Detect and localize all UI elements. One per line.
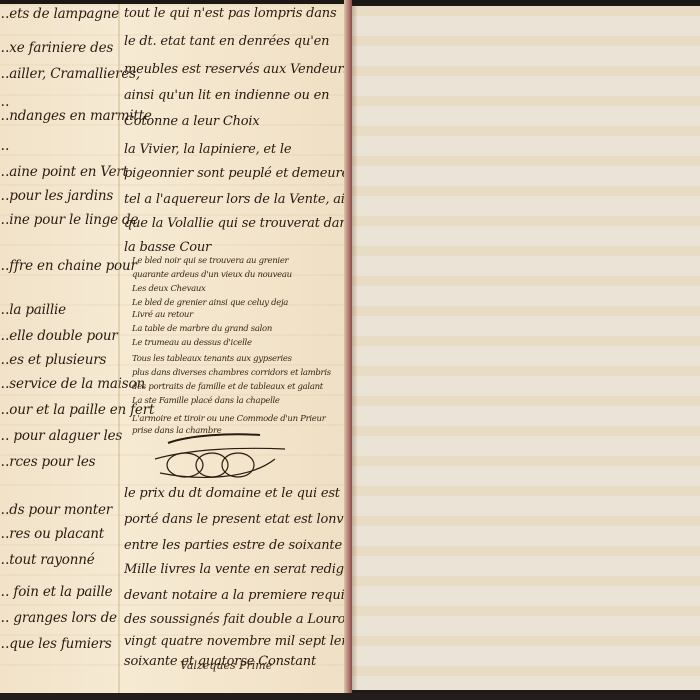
text-line: …pour les jardins xyxy=(0,188,113,204)
insertion-line: Livré au retour xyxy=(132,310,193,320)
insertion-line: Le bled noir qui se trouvera au grenier xyxy=(132,256,288,266)
text-line: … foin et la paille xyxy=(0,584,112,600)
text-line: entre les parties estre de soixante six xyxy=(124,538,352,553)
insertion-line: Les deux Chevaux xyxy=(132,284,206,294)
text-line: …la paillie xyxy=(0,302,66,318)
left-page: …ets de lampagne …xe fariniere des …aill… xyxy=(0,4,352,694)
insertion-line: La ste Famille placé dans la chapelle xyxy=(132,396,280,406)
insertion-line: Le bled de grenier ainsi que celuy deja xyxy=(132,298,288,308)
text-line: …ds pour monter xyxy=(0,502,112,518)
text-line: ainsi qu'un lit en indienne ou en xyxy=(124,88,329,103)
text-line: …es et plusieurs xyxy=(0,352,106,368)
text-line: la Vivier, la lapiniere, et le xyxy=(124,142,291,157)
text-line: tout le qui n'est pas lompris dans xyxy=(124,6,336,21)
text-line: le prix du dt domaine et le qui est xyxy=(124,486,340,501)
insertion-line: quarante ardeus d'un vieux du nouveau xyxy=(132,270,292,280)
signature: Valzeques Prime xyxy=(180,659,272,672)
right-page-blank xyxy=(352,6,700,690)
text-line: vingt quatre novembre mil sept lent xyxy=(124,634,352,649)
pen-flourish xyxy=(150,429,290,489)
text-line: …elle double pour xyxy=(0,328,118,344)
text-line: la basse Cour xyxy=(124,240,211,255)
column-fold xyxy=(118,4,120,694)
text-line: …ets de lampagne xyxy=(0,6,119,22)
page-edge xyxy=(344,0,352,700)
text-line: … pour alaguer les xyxy=(0,428,122,444)
text-line: …tout rayonné xyxy=(0,552,95,568)
text-line: le dt. etat tant en denrées qu'en xyxy=(124,34,329,49)
text-line: … xyxy=(0,138,9,154)
insertion-line: des portraits de famille et de tableaux … xyxy=(132,382,323,392)
text-line: … granges lors de xyxy=(0,610,117,626)
insertion-line: La table de marbre du grand salon xyxy=(132,324,272,334)
text-line: que la Volallie qui se trouverat dans xyxy=(124,216,352,231)
text-line: …rces pour les xyxy=(0,454,95,470)
book-spread: …ets de lampagne …xe fariniere des …aill… xyxy=(0,0,700,700)
text-line: porté dans le present etat est lonvenu xyxy=(124,512,352,527)
text-line: tel a l'aquereur lors de la Vente, ainsi xyxy=(124,192,352,207)
insertion-line: Tous les tableaux tenants aux gypseries xyxy=(132,354,292,364)
text-line: …service de la maison xyxy=(0,376,145,392)
insertion-line: L'armoire et tiroir ou une Commode d'un … xyxy=(132,414,325,424)
text-line: Cotonne a leur Choix xyxy=(124,114,259,129)
insertion-line: Le trumeau au dessus d'icelle xyxy=(132,338,252,348)
text-line: …que les fumiers xyxy=(0,636,112,652)
text-line: des soussignés fait double a Louron la xyxy=(124,612,352,627)
text-line: pigeonnier sont peuplé et demeureront xyxy=(124,166,352,181)
text-line: …res ou placant xyxy=(0,526,104,542)
text-line: …ffre en chaine pour xyxy=(0,258,137,274)
text-line: …aine point en Vert xyxy=(0,164,128,180)
text-line: Mille livres la vente en serat redigé pa… xyxy=(124,562,352,577)
text-line: devant notaire a la premiere requisition xyxy=(124,588,352,603)
text-line: meubles est reservés aux Vendeurs xyxy=(124,62,350,77)
text-line: …xe fariniere des xyxy=(0,40,113,56)
bottom-edge xyxy=(0,693,700,700)
insertion-line: plus dans diverses chambres corridors et… xyxy=(132,368,331,378)
